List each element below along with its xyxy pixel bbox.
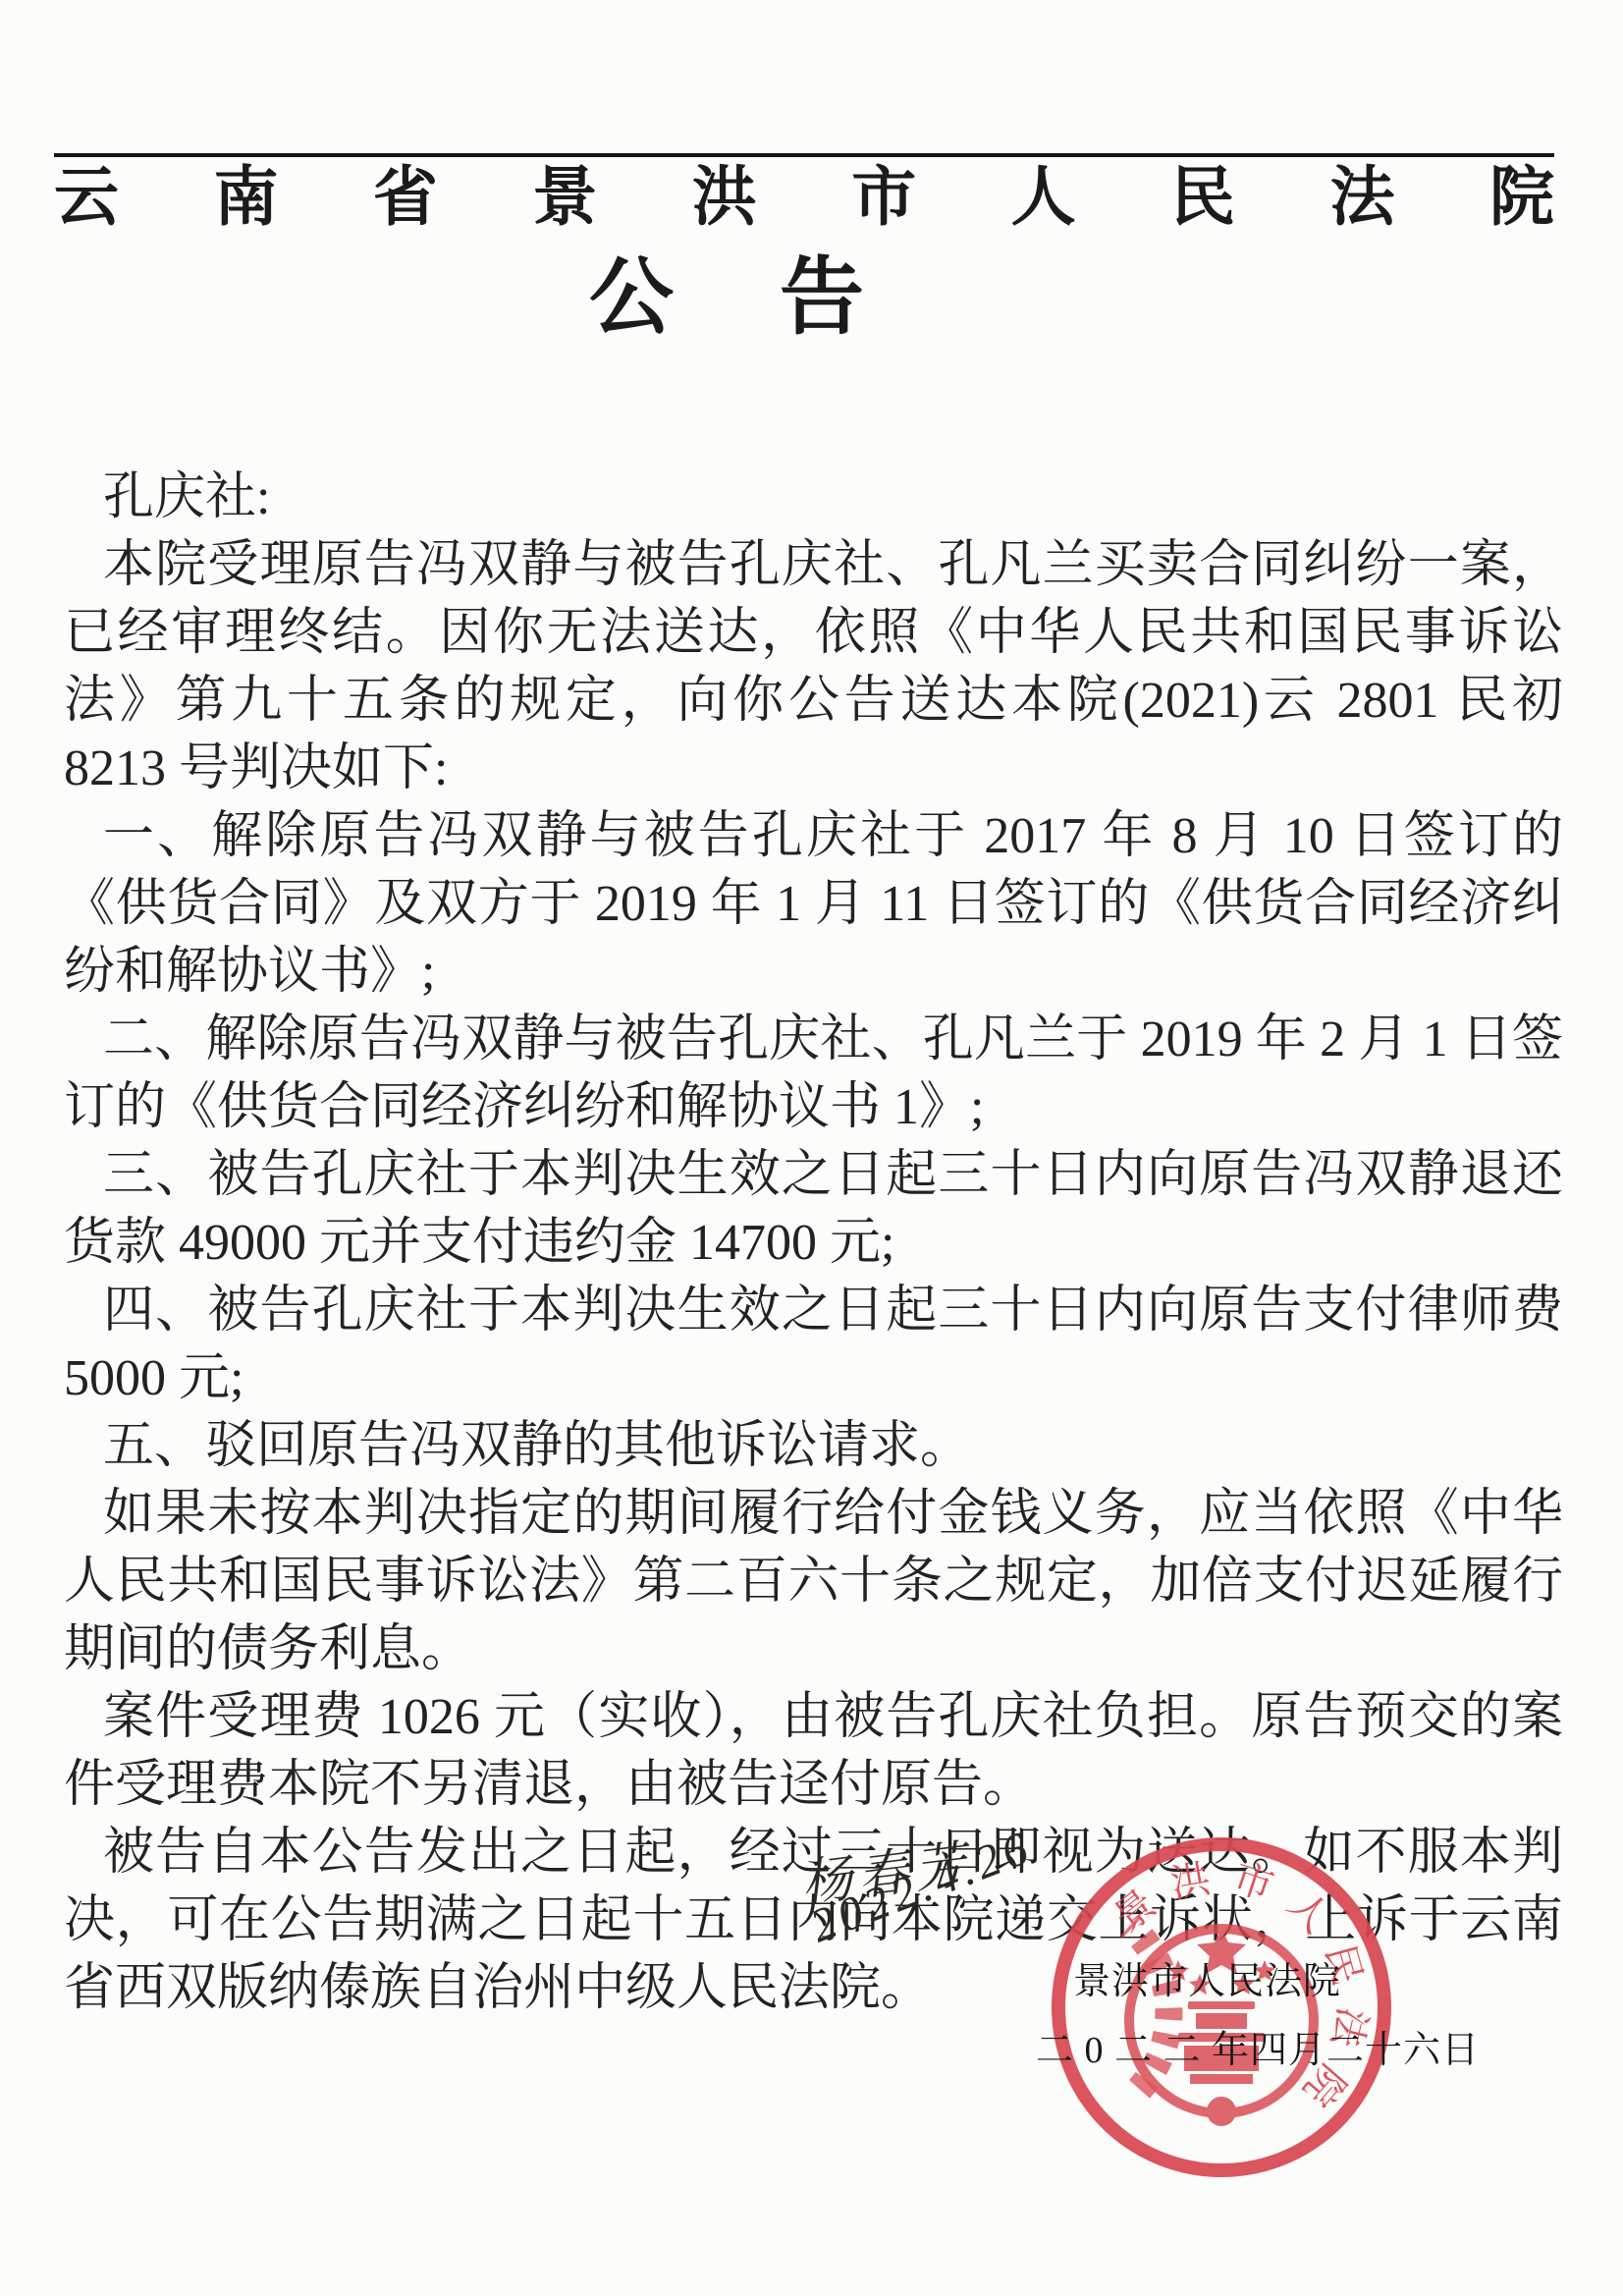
court-name-char: 院: [1489, 163, 1554, 235]
announcement-title-char: 告: [780, 253, 864, 342]
paragraph-item-3: 三、被告孔庆社于本判决生效之日起三十日内向原告冯双静退还货款 49000 元并支…: [64, 1141, 1563, 1277]
announcement-body: 孔庆社: 本院受理原告冯双静与被告孔庆社、孔凡兰买卖合同纠纷一案，已经审理终结。…: [64, 464, 1563, 2022]
paragraph-interest: 如果未按本判决指定的期间履行给付金钱义务，应当依照《中华人民共和国民事诉讼法》第…: [64, 1480, 1563, 1683]
announcement-title: 公 告: [589, 253, 864, 342]
court-name-char: 景: [532, 163, 597, 235]
court-name-char: 洪: [692, 163, 757, 235]
court-name-char: 省: [373, 163, 438, 235]
paragraph-intro: 本院受理原告冯双静与被告孔庆社、孔凡兰买卖合同纠纷一案，已经审理终结。因你无法送…: [64, 531, 1563, 802]
paragraph-item-2: 二、解除原告冯双静与被告孔庆社、孔凡兰于 2019 年 2 月 1 日签订的《供…: [64, 1006, 1563, 1141]
paragraph-fees: 案件受理费 1026 元（实收），由被告孔庆社负担。原告预交的案件受理费本院不另…: [64, 1683, 1563, 1819]
court-name-char: 民: [1170, 163, 1235, 235]
court-name-char: 市: [851, 163, 916, 235]
seal-date-line: 二 0 二 二 年四月二十六日: [1036, 2019, 1480, 2073]
court-announcement-page: 云 南 省 景 洪 市 人 民 法 院 公 告 孔庆社: 本院受理原告冯双静与被…: [0, 0, 1623, 2296]
announcement-title-char: 公: [589, 253, 674, 342]
paragraph-item-1: 一、解除原告冯双静与被告孔庆社于 2017 年 8 月 10 日签订的《供货合同…: [64, 802, 1563, 1006]
paragraph-item-4: 四、被告孔庆社于本判决生效之日起三十日内向原告支付律师费 5000 元;: [64, 1277, 1563, 1412]
court-name-char: 云: [54, 163, 119, 235]
court-name-title: 云 南 省 景 洪 市 人 民 法 院: [54, 163, 1554, 235]
header-rule: [54, 153, 1554, 157]
seal-court-name-line: 景洪市人民法院: [1073, 1950, 1341, 2004]
court-name-char: 南: [213, 163, 278, 235]
addressee-line: 孔庆社:: [64, 464, 1563, 531]
court-name-char: 人: [1011, 163, 1076, 235]
paragraph-item-5: 五、驳回原告冯双静的其他诉讼请求。: [64, 1412, 1563, 1480]
court-name-char: 法: [1330, 163, 1395, 235]
official-court-seal: 景洪市人民法院: [1043, 1829, 1400, 2186]
